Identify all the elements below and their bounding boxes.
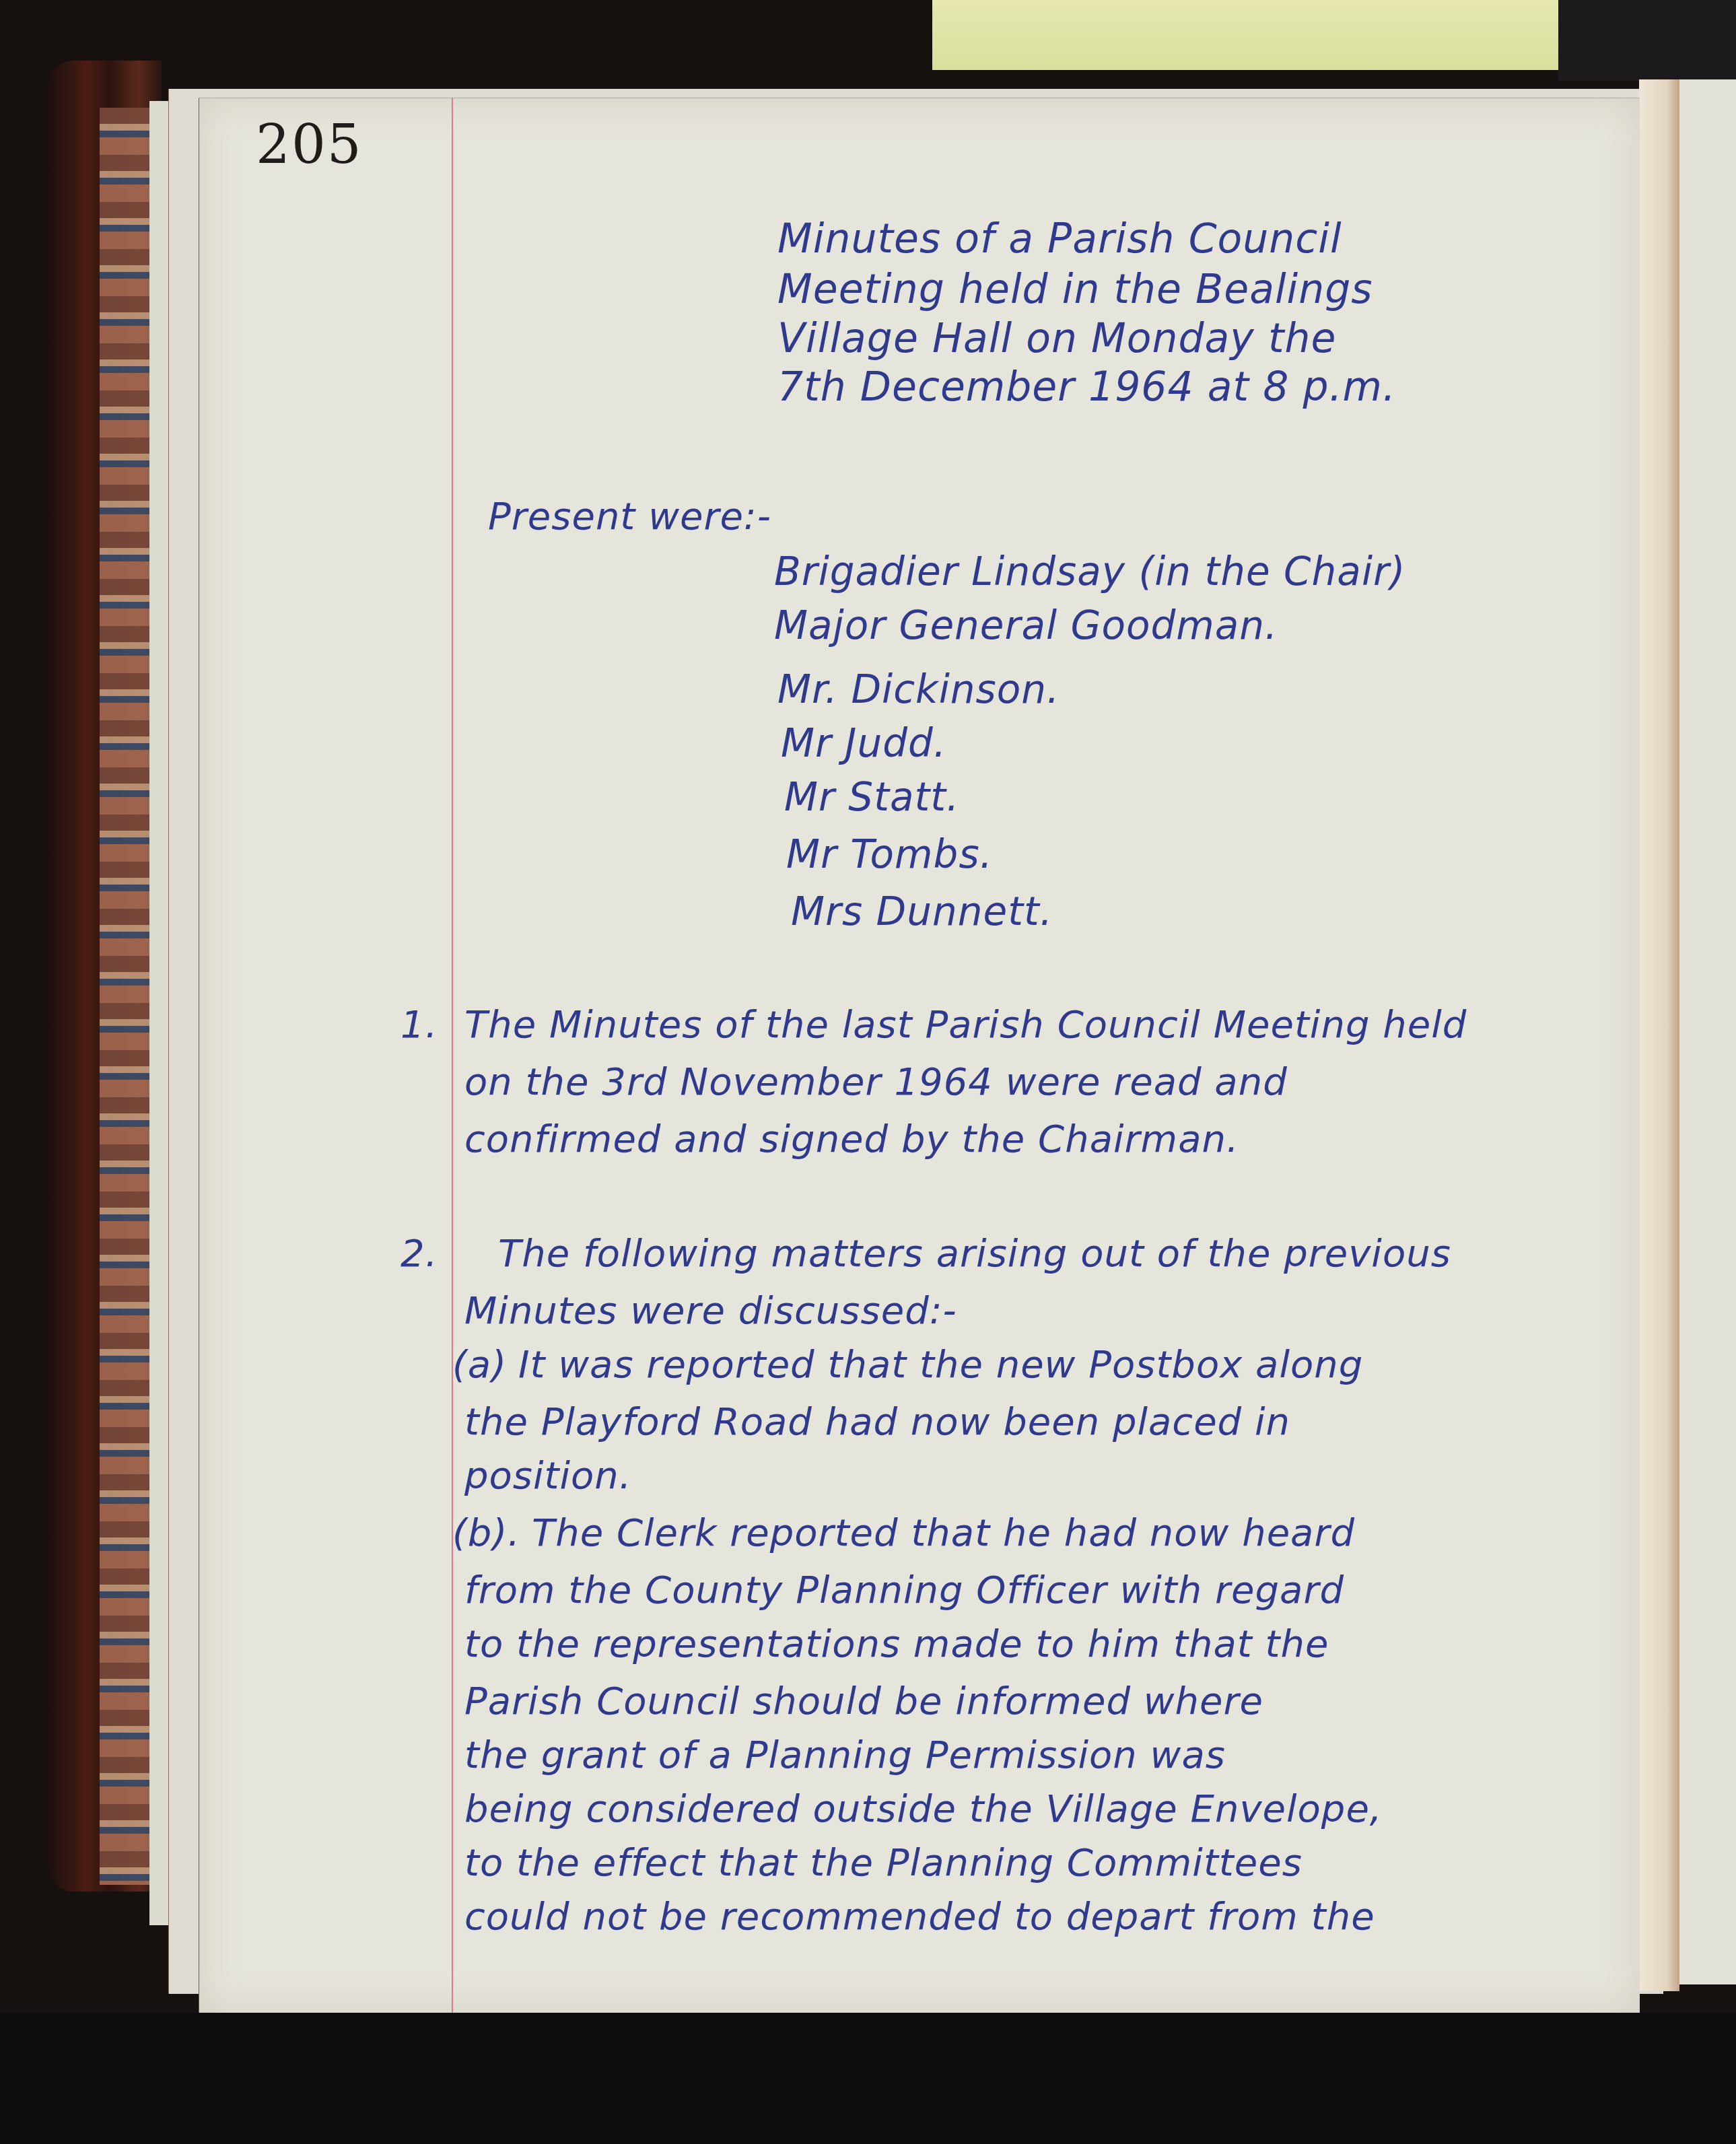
- subitem-b-line: being considered outside the Village Env…: [464, 1787, 1383, 1831]
- subitem-b-line: could not be recommended to depart from …: [464, 1895, 1375, 1939]
- item-2-line: The following matters arising out of the…: [498, 1232, 1451, 1276]
- item-number: 1.: [401, 1003, 438, 1047]
- item-2-line: Minutes were discussed:-: [464, 1289, 957, 1333]
- page-stack: [149, 101, 170, 1925]
- book-cover-right: [1558, 0, 1736, 81]
- heading-line-3: Village Hall on Monday the: [777, 315, 1336, 362]
- margin-line: [452, 98, 453, 2013]
- marbled-page-edges: [100, 108, 153, 1885]
- attendee: Mr Tombs.: [786, 831, 993, 877]
- subitem-a-line: It was reported that the new Postbox alo…: [518, 1343, 1363, 1387]
- attendee: Mr. Dickinson.: [777, 666, 1060, 712]
- heading-line-1: Minutes of a Parish Council: [777, 215, 1342, 263]
- subitem-label: (b).: [452, 1511, 520, 1555]
- present-label: Present were:-: [488, 495, 771, 539]
- subitem-a-line: the Playford Road had now been placed in: [464, 1400, 1290, 1444]
- page-number: 205: [256, 113, 363, 176]
- item-1-line: on the 3rd November 1964 were read and: [464, 1060, 1288, 1104]
- bottom-background: [0, 2013, 1736, 2144]
- next-page-edge: [1679, 79, 1736, 1984]
- attendee: Brigadier Lindsay (in the Chair): [774, 549, 1405, 594]
- subitem-a-line: position.: [464, 1454, 632, 1498]
- subitem-b-line: to the representations made to him that …: [464, 1622, 1329, 1666]
- subitem-b-line: the grant of a Planning Permission was: [464, 1733, 1226, 1777]
- item-number: 2.: [401, 1232, 438, 1276]
- attendee: Major General Goodman.: [774, 602, 1278, 648]
- heading-line-2: Meeting held in the Bealings: [777, 266, 1373, 313]
- item-1-line: confirmed and signed by the Chairman.: [464, 1117, 1239, 1161]
- attendee: Mr Judd.: [781, 720, 946, 766]
- attendee: Mrs Dunnett.: [791, 889, 1053, 934]
- subitem-b-line: The Clerk reported that he had now heard: [532, 1511, 1355, 1555]
- subitem-label: (a): [452, 1343, 507, 1387]
- subitem-b-line: Parish Council should be informed where: [464, 1680, 1263, 1723]
- item-1-line: The Minutes of the last Parish Council M…: [464, 1003, 1467, 1047]
- sticky-note: [932, 0, 1558, 70]
- subitem-b-line: from the County Planning Officer with re…: [464, 1568, 1344, 1612]
- attendee: Mr Statt.: [784, 774, 959, 820]
- heading-line-4: 7th December 1964 at 8 p.m.: [777, 364, 1396, 411]
- gutter-ribbon: [1639, 79, 1679, 1991]
- subitem-b-line: to the effect that the Planning Committe…: [464, 1841, 1303, 1885]
